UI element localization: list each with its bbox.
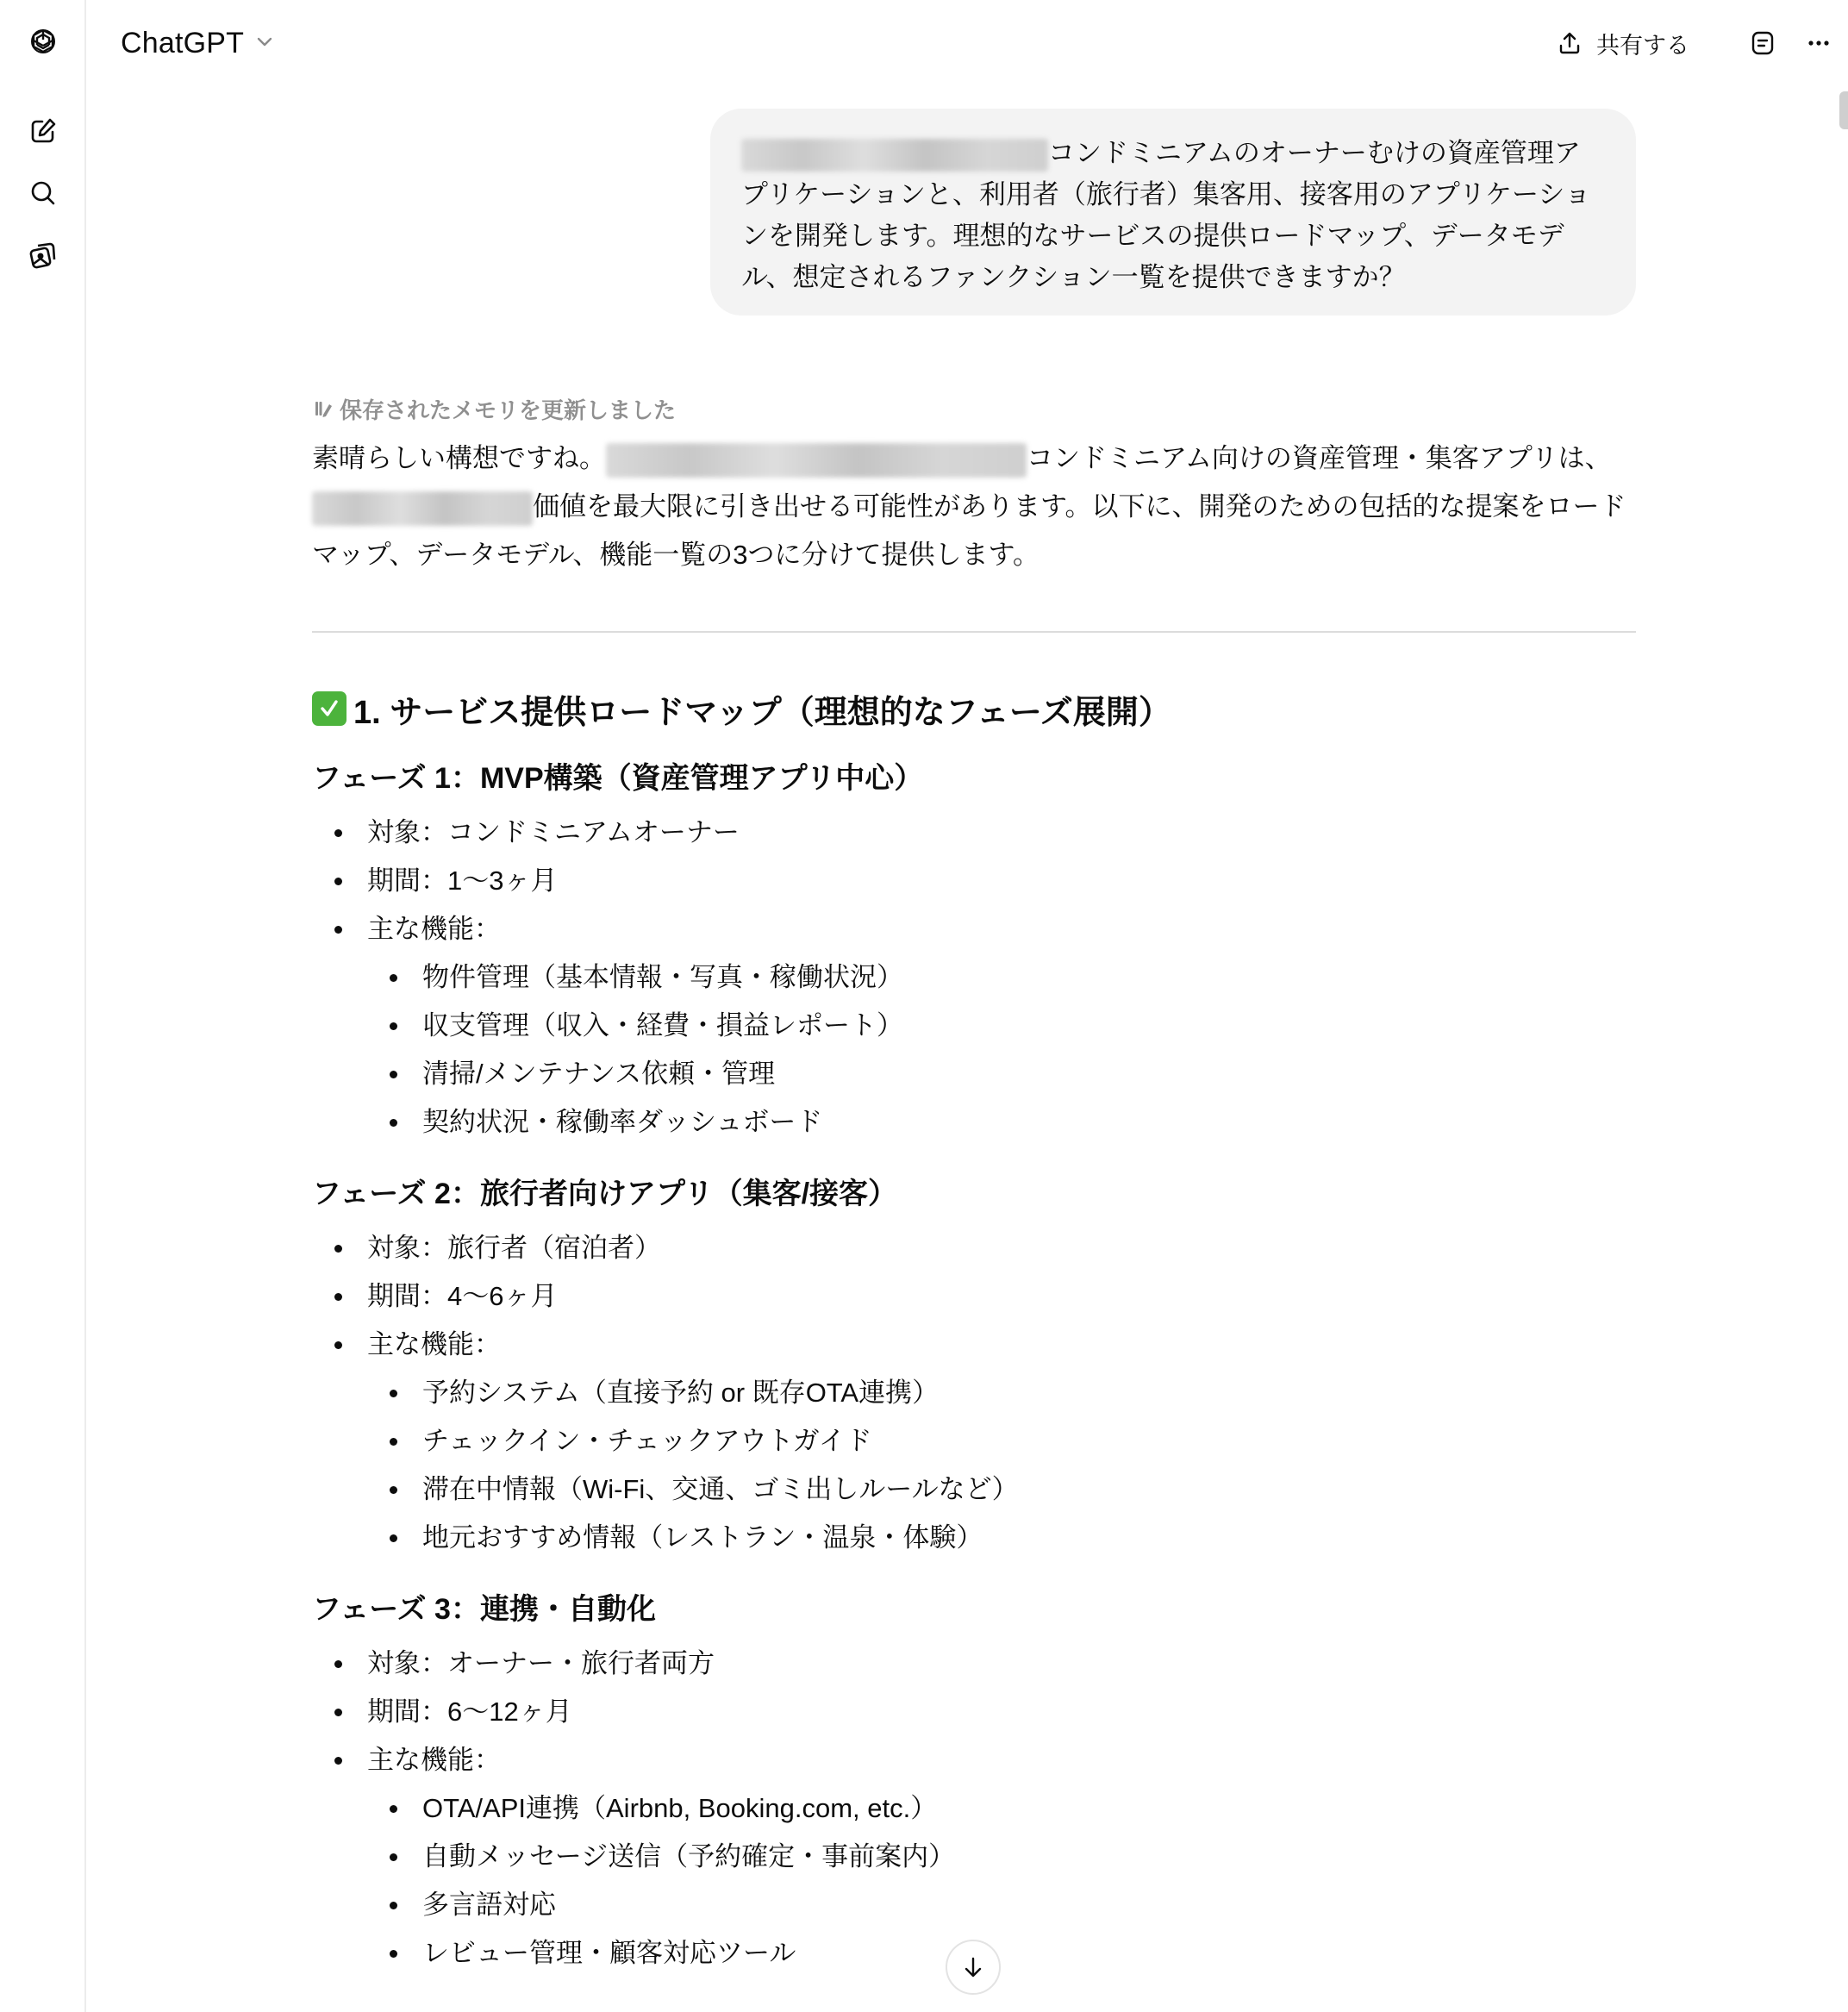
phase-1-list: 対象：コンドミニアムオーナー 期間：1〜3ヶ月 主な機能： 物件管理（基本情報・… bbox=[312, 809, 1636, 1147]
list-item: 期間：6〜12ヶ月 bbox=[312, 1688, 1636, 1736]
scrollbar-thumb[interactable] bbox=[1839, 91, 1848, 129]
library-button[interactable] bbox=[22, 234, 64, 276]
features-label: 主な機能： bbox=[367, 914, 501, 944]
model-switcher[interactable]: ChatGPT bbox=[114, 21, 284, 66]
new-chat-icon bbox=[26, 114, 60, 148]
phase-3-heading: フェーズ 3：連携・自動化 bbox=[312, 1588, 1636, 1631]
divider bbox=[312, 631, 1636, 633]
list-item: 地元おすすめ情報（レストラン・温泉・体験） bbox=[367, 1514, 1636, 1562]
more-options-button[interactable] bbox=[1798, 22, 1839, 64]
phase-2-features: 予約システム（直接予約 or 既存OTA連携） チェックイン・チェックアウトガイ… bbox=[367, 1369, 1636, 1562]
list-item: 清掃/メンテナンス依頼・管理 bbox=[367, 1050, 1636, 1098]
phase-2-heading: フェーズ 2：旅行者向けアプリ（集客/接客） bbox=[312, 1172, 1636, 1215]
canvas-icon bbox=[1747, 28, 1778, 59]
list-item: 多言語対応 bbox=[367, 1881, 1636, 1929]
memory-note-text: 保存されたメモリを更新しました bbox=[340, 393, 676, 425]
phase-3-list: 対象：オーナー・旅行者両方 期間：6〜12ヶ月 主な機能： OTA/API連携（… bbox=[312, 1640, 1636, 1978]
section-heading-roadmap: 1. サービス提供ロードマップ（理想的なフェーズ展開） bbox=[312, 684, 1636, 733]
list-item: 滞在中情報（Wi-Fi、交通、ゴミ出しルールなど） bbox=[367, 1465, 1636, 1514]
more-icon bbox=[1803, 28, 1834, 59]
redacted-text bbox=[741, 139, 1048, 172]
arrow-down-icon bbox=[959, 1953, 987, 1981]
phase-1-features: 物件管理（基本情報・写真・稼働状況） 収支管理（収入・経費・損益レポート） 清掃… bbox=[367, 953, 1636, 1147]
scroll-to-bottom-button[interactable] bbox=[946, 1940, 1001, 1995]
list-item: 予約システム（直接予約 or 既存OTA連携） bbox=[367, 1369, 1636, 1417]
features-label: 主な機能： bbox=[367, 1745, 501, 1775]
list-item: 対象：オーナー・旅行者両方 bbox=[312, 1640, 1636, 1688]
redacted-text bbox=[312, 491, 533, 526]
intro-paragraph: 素晴らしい構想ですね。コンドミニアム向けの資産管理・集客アプリは、価値を最大限に… bbox=[312, 434, 1636, 579]
list-item: 期間：1〜3ヶ月 bbox=[312, 857, 1636, 905]
phase-2-list: 対象：旅行者（宿泊者） 期間：4〜6ヶ月 主な機能： 予約システム（直接予約 o… bbox=[312, 1224, 1636, 1562]
new-chat-button[interactable] bbox=[22, 110, 64, 152]
check-mark-icon bbox=[312, 691, 346, 726]
list-item: 期間：4〜6ヶ月 bbox=[312, 1272, 1636, 1321]
sidebar bbox=[0, 0, 86, 2012]
phase-3-features: OTA/API連携（Airbnb, Booking.com, etc.） 自動メ… bbox=[367, 1784, 1636, 1978]
search-button[interactable] bbox=[22, 172, 64, 214]
intro-text-1: 素晴らしい構想ですね。 bbox=[312, 443, 606, 473]
model-name: ChatGPT bbox=[121, 27, 244, 60]
list-item: チェックイン・チェックアウトガイド bbox=[367, 1417, 1636, 1465]
features-label: 主な機能： bbox=[367, 1329, 501, 1359]
list-item: 主な機能： 予約システム（直接予約 or 既存OTA連携） チェックイン・チェッ… bbox=[312, 1321, 1636, 1562]
list-item: 収支管理（収入・経費・損益レポート） bbox=[367, 1002, 1636, 1050]
library-icon bbox=[26, 238, 60, 272]
share-label: 共有する bbox=[1596, 27, 1689, 60]
intro-text-2: コンドミニアム向けの資産管理・集客アプリは、 bbox=[1027, 443, 1612, 473]
share-icon bbox=[1555, 28, 1584, 58]
redacted-text bbox=[606, 443, 1027, 478]
canvas-button[interactable] bbox=[1742, 22, 1783, 64]
openai-logo-icon bbox=[26, 26, 60, 60]
list-item: 対象：コンドミニアムオーナー bbox=[312, 809, 1636, 857]
search-icon bbox=[26, 176, 60, 210]
list-item: OTA/API連携（Airbnb, Booking.com, etc.） bbox=[367, 1784, 1636, 1833]
section-title: 1. サービス提供ロードマップ（理想的なフェーズ展開） bbox=[353, 685, 1171, 733]
list-item: 対象：旅行者（宿泊者） bbox=[312, 1224, 1636, 1272]
list-item: 物件管理（基本情報・写真・稼働状況） bbox=[367, 953, 1636, 1002]
memory-edit-icon bbox=[312, 397, 334, 420]
share-button[interactable]: 共有する bbox=[1545, 21, 1700, 66]
assistant-message: 保存されたメモリを更新しました 素晴らしい構想ですね。コンドミニアム向けの資産管… bbox=[312, 390, 1636, 1978]
list-item: 自動メッセージ送信（予約確定・事前案内） bbox=[367, 1833, 1636, 1881]
list-item: 主な機能： 物件管理（基本情報・写真・稼働状況） 収支管理（収入・経費・損益レポ… bbox=[312, 905, 1636, 1147]
list-item: レビュー管理・顧客対応ツール bbox=[367, 1929, 1636, 1978]
memory-updated-note[interactable]: 保存されたメモリを更新しました bbox=[312, 390, 1636, 428]
openai-logo-button[interactable] bbox=[22, 22, 64, 64]
chevron-down-icon bbox=[253, 29, 277, 58]
phase-1-heading: フェーズ 1：MVP構築（資産管理アプリ中心） bbox=[312, 757, 1636, 800]
top-bar: ChatGPT 共有する bbox=[88, 0, 1848, 86]
list-item: 契約状況・稼働率ダッシュボード bbox=[367, 1098, 1636, 1147]
user-message-bubble: コンドミニアムのオーナーむけの資産管理アプリケーションと、利用者（旅行者）集客用… bbox=[710, 109, 1636, 316]
